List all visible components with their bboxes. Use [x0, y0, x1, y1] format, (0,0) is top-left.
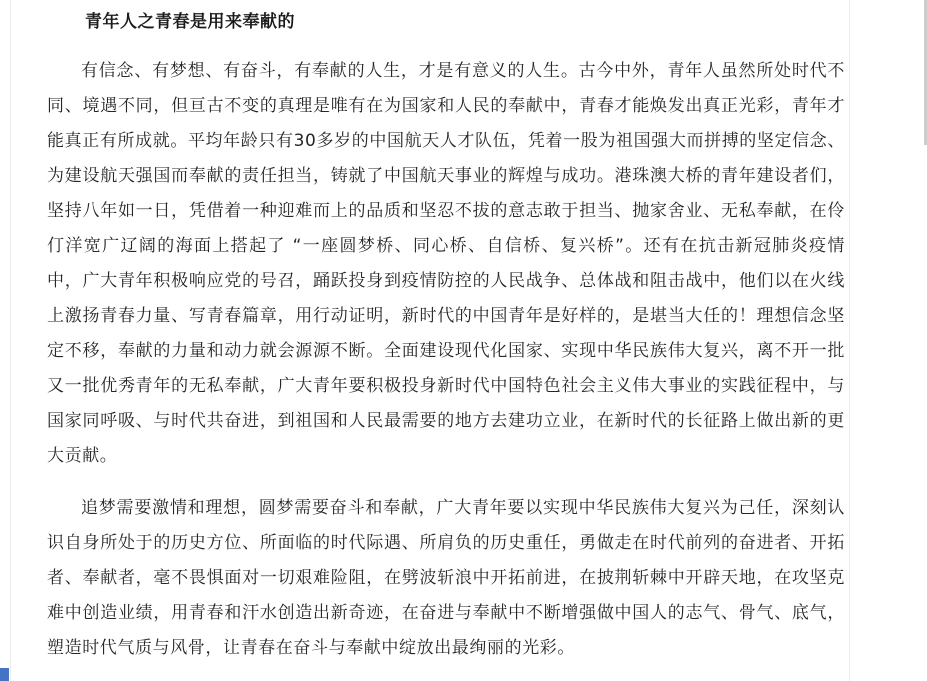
document-title: 青年人之青春是用来奉献的 — [47, 8, 845, 36]
document-content: 青年人之青春是用来奉献的 有信念、有梦想、有奋斗，有奉献的人生，才是有意义的人生… — [47, 8, 845, 666]
paragraph-2: 追梦需要激情和理想，圆梦需要奋斗和奉献，广大青年要以实现中华民族伟大复兴为己任，… — [47, 491, 845, 666]
corner-accent-marker — [0, 668, 9, 681]
left-margin-rule — [10, 0, 11, 681]
document-page: 青年人之青春是用来奉献的 有信念、有梦想、有奋斗，有奉献的人生，才是有意义的人生… — [0, 0, 927, 681]
paragraph-1: 有信念、有梦想、有奋斗，有奉献的人生，才是有意义的人生。古今中外，青年人虽然所处… — [47, 54, 845, 474]
right-margin-rule — [849, 0, 850, 681]
